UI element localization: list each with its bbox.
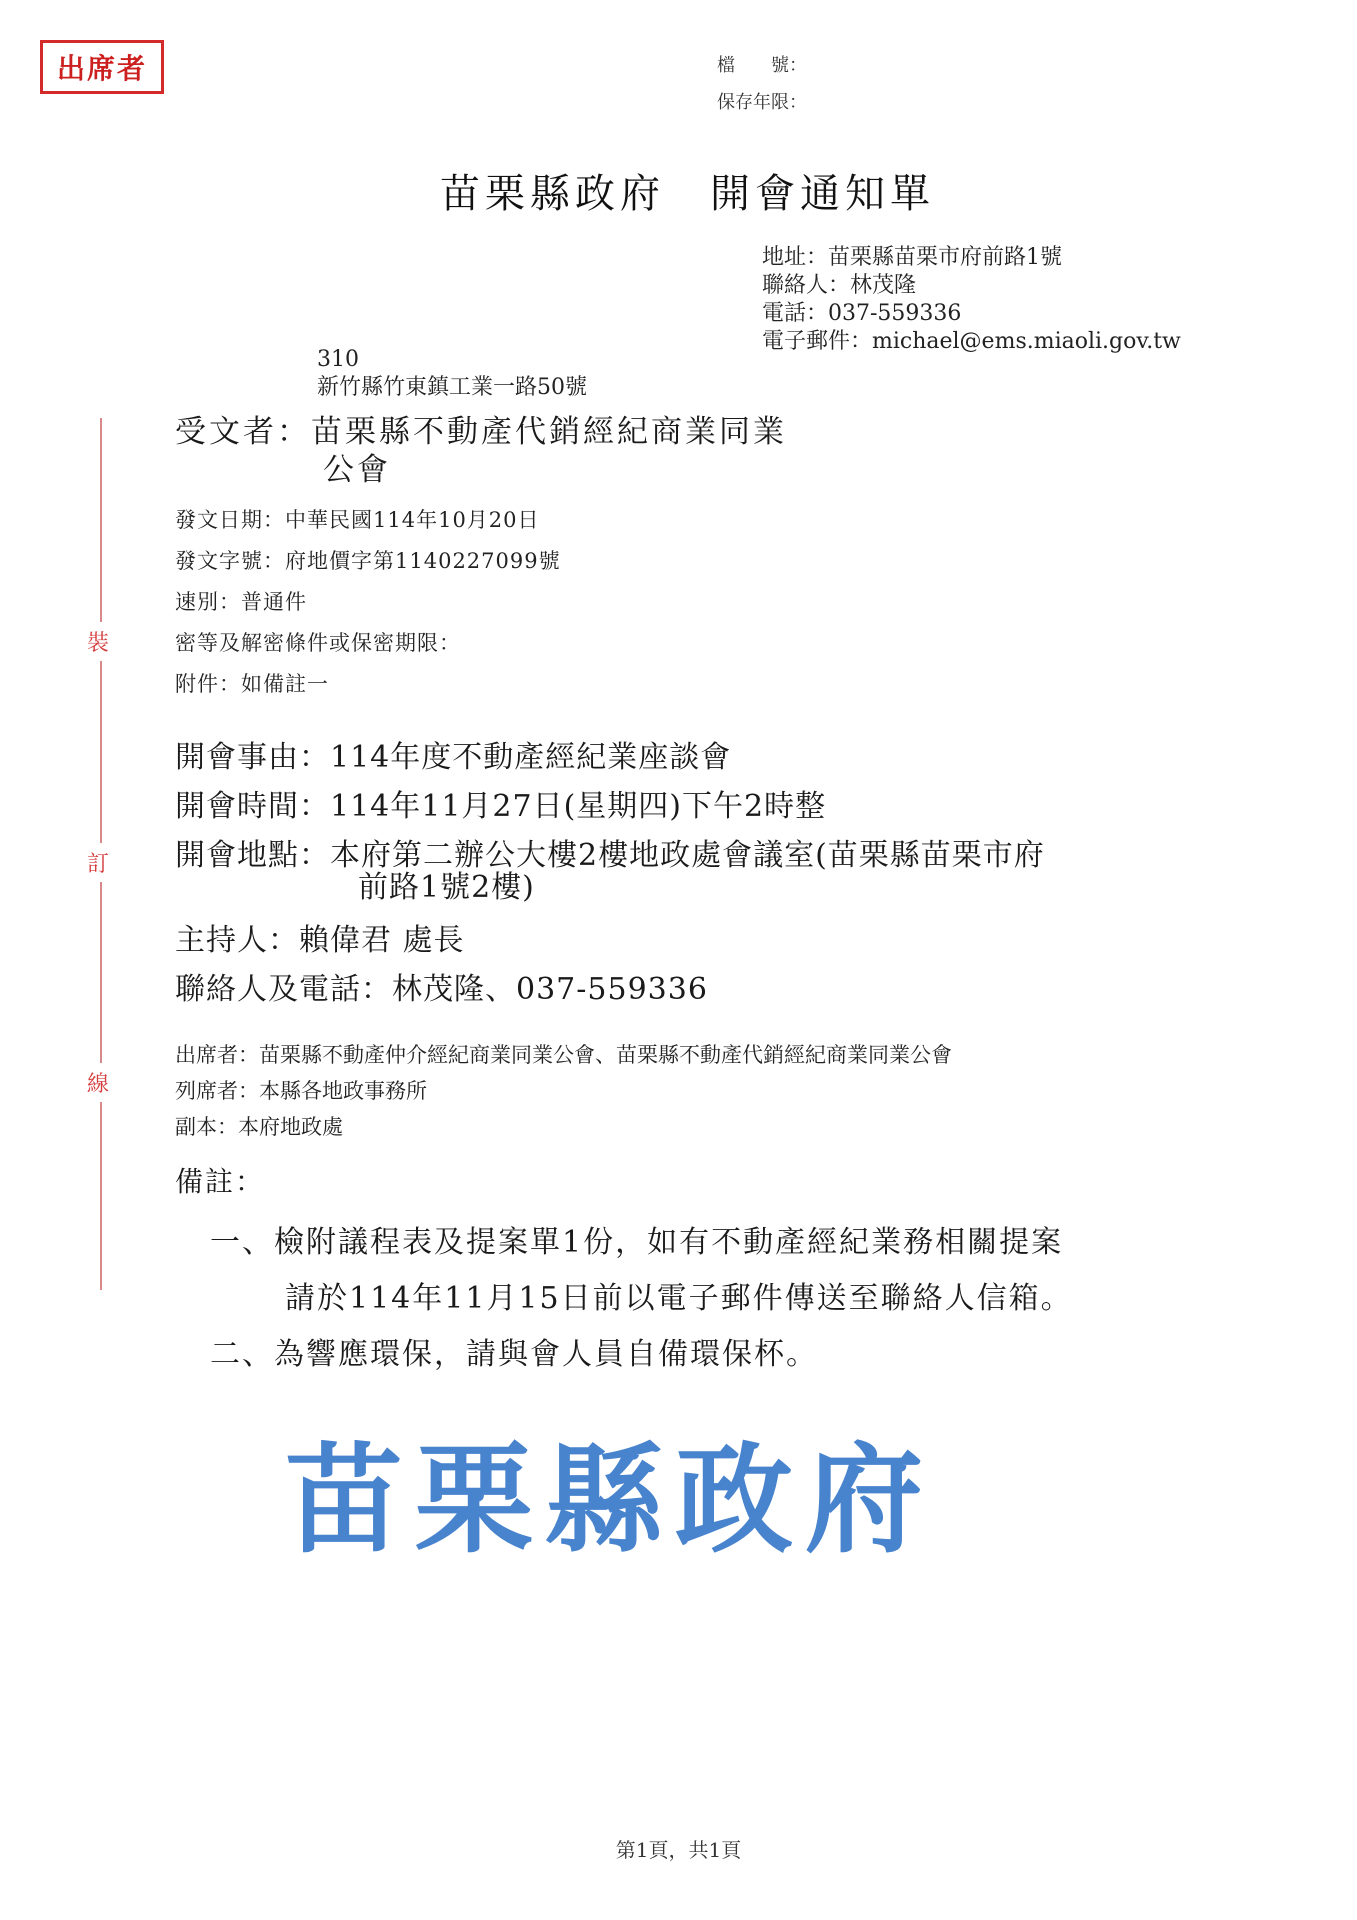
binding-label-xian: 線 — [87, 1063, 109, 1102]
document-meta: 發文日期：中華民國114年10月20日 發文字號：府地價字第1140227099… — [175, 500, 561, 705]
recipient-name-line1: 苗栗縣不動產代銷經紀商業同業 — [311, 414, 787, 450]
attachment: 附件：如備註一 — [175, 664, 561, 705]
sender-phone: 電話：037-559336 — [762, 300, 1181, 328]
sender-address: 地址：苗栗縣苗栗市府前路1號 — [762, 244, 1181, 272]
confidentiality: 密等及解密條件或保密期限： — [175, 623, 561, 664]
attendee-stamp: 出席者 — [40, 40, 164, 94]
meeting-location-line1: 開會地點：本府第二辦公大樓2樓地政處會議室(苗栗縣苗栗市府 — [175, 831, 1045, 880]
attendees-list: 出席者：苗栗縣不動產仲介經紀商業同業公會、苗栗縣不動產代銷經紀商業同業公會 — [175, 1037, 952, 1073]
notes-list: 一、檢附議程表及提案單1份，如有不動產經紀業務相關提案 請於114年11月15日… — [210, 1215, 1073, 1383]
doc-number: 發文字號：府地價字第1140227099號 — [175, 541, 561, 582]
observers-list: 列席者：本縣各地政事務所 — [175, 1073, 952, 1109]
recipient-address-block: 310 新竹縣竹東鎮工業一路50號 — [317, 346, 587, 402]
speed-class: 速別：普通件 — [175, 582, 561, 623]
sender-email: 電子郵件：michael@ems.miaoli.gov.tw — [762, 328, 1181, 356]
meeting-time: 開會時間：114年11月27日(星期四)下午2時整 — [175, 782, 1045, 831]
binding-label-ding: 訂 — [87, 843, 109, 882]
recipient-label: 受文者： — [175, 414, 311, 450]
note-item-1-cont: 請於114年11月15日前以電子郵件傳送至聯絡人信箱。 — [210, 1271, 1073, 1327]
meeting-details: 開會事由：114年度不動產經紀業座談會 開會時間：114年11月27日(星期四)… — [175, 733, 1045, 1014]
meeting-host: 主持人：賴偉君 處長 — [175, 916, 1045, 965]
meeting-reason: 開會事由：114年度不動產經紀業座談會 — [175, 733, 1045, 782]
page-title: 苗栗縣政府 開會通知單 — [440, 162, 935, 219]
government-seal: 苗栗縣政府 — [285, 1405, 935, 1575]
recipient-street-address: 新竹縣竹東鎮工業一路50號 — [317, 374, 587, 402]
retention-label: 保存年限： — [717, 84, 807, 121]
meeting-contact: 聯絡人及電話：林茂隆、037-559336 — [175, 965, 1045, 1014]
file-meta: 檔 號： 保存年限： — [717, 47, 807, 121]
notes-title: 備註： — [175, 1160, 265, 1200]
sender-contact-person: 聯絡人：林茂隆 — [762, 272, 1181, 300]
issue-date: 發文日期：中華民國114年10月20日 — [175, 500, 561, 541]
sender-contact-block: 地址：苗栗縣苗栗市府前路1號 聯絡人：林茂隆 電話：037-559336 電子郵… — [762, 244, 1181, 356]
note-item-1: 一、檢附議程表及提案單1份，如有不動產經紀業務相關提案 — [210, 1215, 1073, 1271]
postal-code: 310 — [317, 346, 587, 374]
attendees-block: 出席者：苗栗縣不動產仲介經紀商業同業公會、苗栗縣不動產代銷經紀商業同業公會 列席… — [175, 1037, 952, 1145]
file-number-label: 檔 號： — [717, 47, 807, 84]
page-number: 第1頁，共1頁 — [0, 1834, 1357, 1863]
copy-to: 副本：本府地政處 — [175, 1109, 952, 1145]
binding-label-zhuang: 裝 — [87, 622, 109, 661]
note-item-2: 二、為響應環保，請與會人員自備環保杯。 — [210, 1327, 1073, 1383]
recipient-name-line2: 公會 — [175, 451, 787, 489]
recipient: 受文者：苗栗縣不動產代銷經紀商業同業 公會 — [175, 413, 787, 489]
